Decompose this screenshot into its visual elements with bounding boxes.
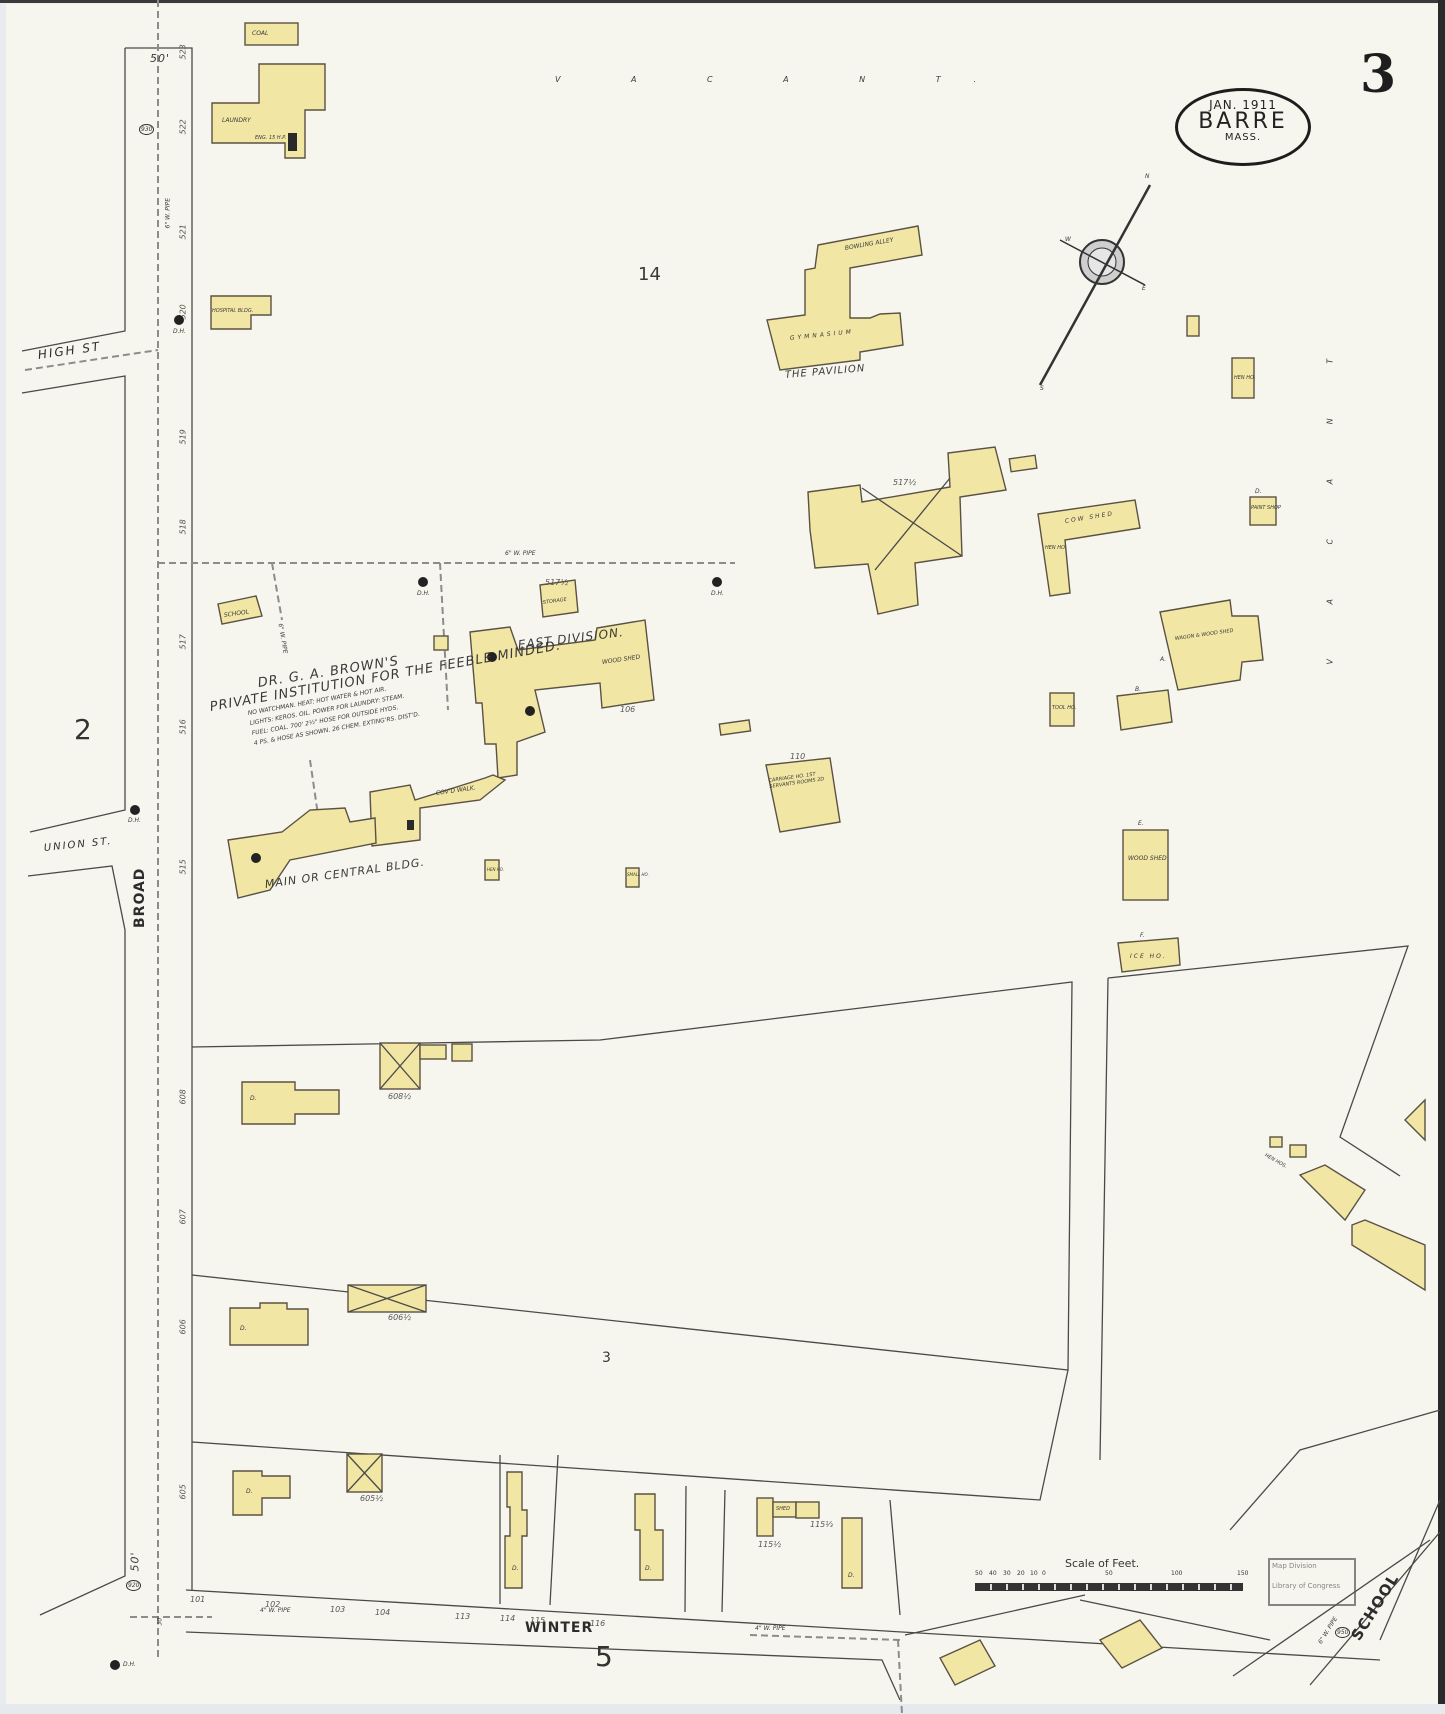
lot-line-upper [192,982,1072,1370]
bldg-winter-2 [1100,1620,1162,1668]
width-winter: 30' [157,1616,164,1625]
addr-522: 522 [179,119,188,134]
label-d-608: D. [250,1095,257,1102]
num-115b: 115⅓ [810,1520,833,1529]
fire-hydrant-main [251,853,261,863]
scale-tick: 10 [1030,1570,1038,1577]
compass-n: N [1145,173,1150,180]
branch-pipe-1 [272,563,282,620]
addr-104: 104 [375,1608,390,1617]
num-606: 606½ [388,1313,411,1322]
lot-div-5 [890,1500,900,1615]
addr-523: 523 [179,44,188,59]
school-lot-line [1230,1410,1440,1530]
addr-114: 114 [500,1614,515,1623]
school-street-e2 [1380,1500,1440,1640]
hen-hos-1 [1270,1137,1282,1147]
label-small-ho: SMALL HO. [627,872,649,877]
num-605: 605½ [360,1494,383,1503]
scale-tick: 50 [975,1570,983,1577]
lot-div-3 [685,1486,686,1612]
label-d-115: D. [848,1572,855,1579]
block-number-middle: 3 [602,1350,611,1366]
label-d-113: D. [645,1565,652,1572]
hydrant-label: D.H. [128,817,141,824]
lot-div-2 [550,1455,558,1605]
dwelling-608 [242,1082,339,1124]
hydrant-label: D.H. [417,590,430,597]
addr-521: 521 [179,224,188,239]
label-hen-ho-2: HEN HO. [1234,375,1255,381]
stamp-line-2: Library of Congress [1272,1582,1352,1590]
label-ice-ho: ICE HO. [1130,953,1167,960]
label-shed-115: SHED [776,1506,790,1512]
b-building-edge [1405,1100,1425,1140]
label-laundry: LAUNDRY [222,117,251,124]
boiler-icon [288,133,297,151]
label-wood-shed-e: WOOD SHED [1128,855,1167,862]
label-hospital: HOSPITAL BLDG. [212,308,253,314]
hydrant-label: D.H. [173,328,186,335]
block-number-bottom: 5 [595,1640,613,1673]
a-building [1300,1165,1365,1220]
num-517: 517½ [893,478,916,487]
broad-west-lower [28,866,125,1615]
town-name: BARRE [1178,112,1308,132]
scale-title: Scale of Feet. [1065,1557,1139,1570]
addr-115: 115 [530,1616,545,1625]
addr-518: 518 [179,519,188,534]
label-broad-pipe: 6" W. PIPE [165,198,172,229]
scale-tick: 30 [1003,1570,1011,1577]
label-hen-ho-main: HEN HO. [487,867,504,872]
small-shed [719,720,750,735]
shed-608b [452,1044,472,1061]
boiler-icon-main [407,820,414,830]
scale-tick: 20 [1017,1570,1025,1577]
branch-pipe-3 [310,760,318,815]
dwelling-605 [233,1471,290,1515]
addr-113: 113 [455,1612,470,1621]
main-building-east-wing [370,775,505,846]
winter-pipe-e [750,1635,900,1640]
scale-tick: 40 [989,1570,997,1577]
dwelling-606 [230,1303,308,1345]
hen-hos-2 [1290,1145,1306,1157]
label-coal: COAL [252,30,268,37]
num-storage: 517½ [545,578,568,587]
scale-pointer-line-2 [905,1595,1085,1635]
label-paint-shop: PAINT SHOP [1251,505,1281,511]
compass-s: S [1040,385,1044,392]
paint-shop-building [1250,497,1276,525]
label-winter-pipe-w: 4" W. PIPE [260,1607,291,1614]
library-stamp: Map Division Library of Congress [1268,1558,1356,1606]
vacant-right-label: V A C A N T [1326,333,1335,665]
bldg-winter-1 [940,1640,995,1685]
num-608: 608½ [388,1092,411,1101]
title-cartouche: JAN. 1911 BARRE MASS. [1175,88,1311,166]
addr-607: 607 [179,1209,188,1224]
addr-116: 116 [590,1619,605,1628]
hydrant-label: D.H. [711,590,724,597]
sheet-number: 3 [1360,44,1396,105]
hydrant-east-2 [525,706,535,716]
b-building [1117,690,1172,730]
compass-e: E [1142,285,1146,292]
scale-tick: 50 [1105,1570,1113,1577]
hydrant-label: D.H. [123,1661,136,1668]
scale-pointer-line [1080,1600,1270,1640]
small-outbuilding [434,636,448,650]
hydrant-icon [174,315,184,325]
a-building-2 [1352,1220,1425,1290]
addr-103: 103 [330,1605,345,1614]
lot-div-4 [722,1490,725,1612]
small-bldg-right [1187,316,1199,336]
num-wood-shed-east: 106 [620,705,635,714]
letter-e: E. [1138,820,1144,827]
label-cross-pipe: 6" W. PIPE [505,550,536,557]
addr-515: 515 [179,859,188,874]
addr-101: 101 [190,1595,205,1604]
label-d-606: D. [240,1325,247,1332]
winter-south-line [186,1632,900,1700]
street-broad: BROAD [132,868,148,928]
compass-w: W [1065,236,1071,243]
wagon-shed-building [1160,600,1263,690]
width-broad-top: 50' [150,52,170,65]
block-number-top: 14 [638,264,661,285]
hydrant-icon [130,805,140,815]
broad-west-middle [22,376,125,832]
scale-bar-graphic [975,1583,1243,1591]
bldg-115-half [757,1498,773,1536]
block-number-left: 2 [74,713,92,746]
carriage-house-building [766,758,840,832]
label-d-104: D. [512,1565,519,1572]
map-geometry [0,0,1445,1714]
num-carriage-house: 110 [790,752,805,761]
width-broad-bottom: 50' [129,1551,142,1571]
addr-608: 608 [179,1089,188,1104]
letter-b: B. [1135,686,1141,693]
letter-f: F. [1140,932,1145,939]
small-outbuilding-2 [1009,455,1037,471]
addr-517: 517 [179,634,188,649]
scale-tick: 100 [1171,1570,1182,1577]
lot-line-east-left [1100,978,1108,1460]
addr-519: 519 [179,429,188,444]
label-winter-pipe-e: 4" W. PIPE [755,1625,786,1632]
shed-608 [420,1045,446,1059]
addr-516: 516 [179,719,188,734]
vacant-top-label: V A C A N T. [555,75,1010,84]
laundry-building [212,64,325,158]
wood-shed-e-building [1123,830,1168,900]
label-laundry-engine: ENG. 15 H.P. [255,135,286,141]
bldg-115-third [796,1502,819,1518]
scale-tick: 150 [1237,1570,1248,1577]
hydrant-icon [418,577,428,587]
label-d-605: D. [246,1488,253,1495]
winter-pipe-down [898,1640,902,1714]
hydrant-icon [110,1660,120,1670]
lot-line-lower [192,1370,1068,1500]
stamp-line-1: Map Division [1272,1562,1352,1570]
addr-606: 606 [179,1319,188,1334]
label-tool-ho: TOOL HO. [1052,705,1076,711]
letter-wagon-shed: A. [1160,656,1166,663]
letter-paint-shop: D. [1255,488,1262,495]
small-house [626,868,639,887]
lot-line-east [1108,946,1408,1176]
scale-tick: 0 [1042,1570,1046,1577]
label-hen-ho-1: HEN HO. [1045,545,1066,551]
hydrant-icon [712,577,722,587]
compass-rose-icon [1040,185,1150,385]
addr-605: 605 [179,1484,188,1499]
broad-west-upper [22,48,125,351]
num-115a: 115½ [758,1540,781,1549]
